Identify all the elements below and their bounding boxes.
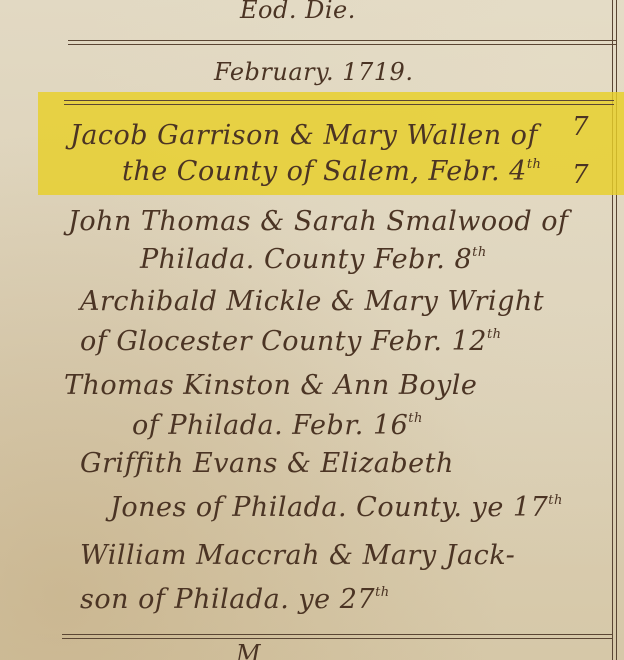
header-double-rule xyxy=(68,40,616,45)
entry-day: 27 xyxy=(340,584,375,615)
entry-line-1: Griffith Evans & Elizabeth xyxy=(80,448,454,479)
entry-line-2: of Philada. Febr. 16th xyxy=(132,410,423,441)
entry-place: Jones of Philada. County. ye xyxy=(110,492,504,523)
entry-day-suffix: th xyxy=(408,411,423,426)
entry-place: son of Philada. ye xyxy=(80,584,331,615)
margin-mark: 7 xyxy=(572,112,589,142)
entry-day: 17 xyxy=(513,492,548,523)
entry-day: 16 xyxy=(373,410,408,441)
entry-day-suffix: th xyxy=(472,245,487,260)
entry-line-2: the County of Salem, Febr. 4th xyxy=(122,156,541,187)
entry-day-suffix: th xyxy=(527,157,542,172)
entry-day-suffix: th xyxy=(375,585,390,600)
month-heading: February. 1719. xyxy=(214,58,413,86)
entry-line-2: Jones of Philada. County. ye 17th xyxy=(110,492,563,523)
entry-day: 4 xyxy=(509,156,527,187)
entry-line-1: William Maccrah & Mary Jack- xyxy=(80,540,515,571)
entry-day: 12 xyxy=(452,326,487,357)
register-page: Eod. Die. February. 1719. Jacob Garrison… xyxy=(0,0,624,660)
entry-line-1: John Thomas & Sarah Smalwood of xyxy=(68,206,569,237)
entry-line-1: Archibald Mickle & Mary Wright xyxy=(80,286,544,317)
margin-mark: 7 xyxy=(572,160,589,190)
entry-line-2: son of Philada. ye 27th xyxy=(80,584,390,615)
entry-day-suffix: th xyxy=(487,327,502,342)
entry-place: Philada. County Febr. xyxy=(140,244,445,275)
month-double-rule xyxy=(64,100,614,105)
entry-line-1: Jacob Garrison & Mary Wallen of xyxy=(70,120,538,151)
entry-day: 8 xyxy=(454,244,472,275)
entry-line-1: Thomas Kinston & Ann Boyle xyxy=(64,370,477,401)
footer-fragment: M xyxy=(236,640,261,660)
footer-double-rule xyxy=(62,634,612,639)
header-fragment: Eod. Die. xyxy=(240,0,356,24)
entry-line-2: of Glocester County Febr. 12th xyxy=(80,326,502,357)
entry-line-2: Philada. County Febr. 8th xyxy=(140,244,487,275)
entry-day-suffix: th xyxy=(548,493,563,508)
entry-place: of Glocester County Febr. xyxy=(80,326,443,357)
entry-place: the County of Salem, Febr. xyxy=(122,156,500,187)
entry-place: of Philada. Febr. xyxy=(132,410,364,441)
